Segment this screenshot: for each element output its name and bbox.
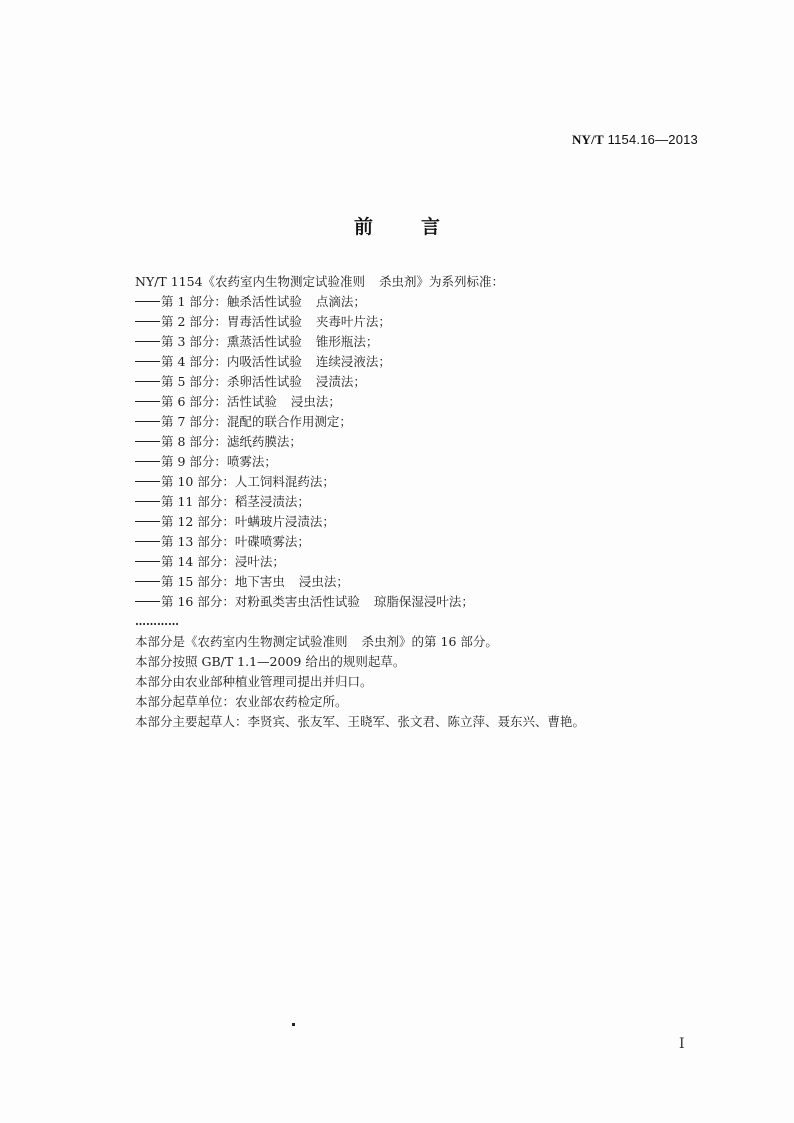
em-dash-icon [135,501,160,502]
list-item: 第 10 部分：人工饲料混药法； [135,472,695,492]
title-char-1: 前 [354,212,373,239]
part-of-statement: 本部分是《农药室内生物测定试验准则杀虫剂》的第 16 部分。 [135,632,695,652]
em-dash-icon [135,461,160,462]
standard-code-prefix: NY/T [572,132,604,147]
part-label: 第 1 部分：触杀活性试验 [161,294,302,309]
part-label: 第 12 部分：叶螨玻片浸渍法； [161,514,335,529]
list-item: 第 2 部分：胃毒活性试验夹毒叶片法； [135,312,695,332]
list-item: 第 14 部分：浸叶法； [135,552,695,572]
part-method: 连续浸液法； [316,354,391,369]
standard-code: NY/T 1154.16—2013 [572,132,698,148]
list-item: 第 3 部分：熏蒸活性试验锥形瓶法； [135,332,695,352]
list-item: 第 13 部分：叶碟喷雾法； [135,532,695,552]
list-item: 第 8 部分：滤纸药膜法； [135,432,695,452]
part-label: 第 14 部分：浸叶法； [161,554,285,569]
part-label: 第 4 部分：内吸活性试验 [161,354,302,369]
ellipsis: ………… [135,612,695,632]
list-item: 第 4 部分：内吸活性试验连续浸液法； [135,352,695,372]
em-dash-icon [135,561,160,562]
part-label: 第 16 部分：对粉虱类害虫活性试验 [161,594,360,609]
standard-code-number: 1154.16—2013 [608,132,698,147]
intro-suffix: 杀虫剂》为系列标准： [379,274,504,289]
em-dash-icon [135,601,160,602]
em-dash-icon [135,421,160,422]
part-label: 第 6 部分：活性试验 [161,394,277,409]
title-char-2: 言 [421,212,440,239]
list-item: 第 1 部分：触杀活性试验点滴法； [135,292,695,312]
em-dash-icon [135,321,160,322]
list-item: 第 6 部分：活性试验浸虫法； [135,392,695,412]
em-dash-icon [135,481,160,482]
part-label: 第 9 部分：喷雾法； [161,454,277,469]
scan-artifact-dot [292,1023,295,1026]
part-method: 浸渍法； [316,374,366,389]
list-item: 第 9 部分：喷雾法； [135,452,695,472]
part-method: 琼脂保湿浸叶法； [374,594,474,609]
part-method: 点滴法； [316,294,366,309]
part-method: 浸虫法； [299,574,349,589]
drafting-unit-statement: 本部分起草单位：农业部农药检定所。 [135,692,695,712]
part-label: 第 7 部分：混配的联合作用测定； [161,414,352,429]
parts-list: 第 1 部分：触杀活性试验点滴法； 第 2 部分：胃毒活性试验夹毒叶片法； 第 … [135,292,695,612]
document-page: NY/T 1154.16—2013 前言 NY/T 1154《农药室内生物测定试… [0,0,794,1123]
em-dash-icon [135,401,160,402]
drafting-rules-statement: 本部分按照 GB/T 1.1—2009 给出的规则起草。 [135,652,695,672]
list-item: 第 7 部分：混配的联合作用测定； [135,412,695,432]
part-of-prefix: 本部分是《农药室内生物测定试验准则 [135,634,348,649]
part-method: 锥形瓶法； [316,334,379,349]
drafters-statement: 本部分主要起草人：李贤宾、张友军、王晓军、张文君、陈立萍、聂东兴、曹艳。 [135,712,695,732]
page-number: I [679,1036,685,1052]
em-dash-icon [135,581,160,582]
list-item: 第 11 部分：稻茎浸渍法； [135,492,695,512]
part-label: 第 15 部分：地下害虫 [161,574,285,589]
part-label: 第 10 部分：人工饲料混药法； [161,474,335,489]
em-dash-icon [135,341,160,342]
part-method: 夹毒叶片法； [316,314,391,329]
list-item: 第 5 部分：杀卵活性试验浸渍法； [135,372,695,392]
em-dash-icon [135,361,160,362]
em-dash-icon [135,381,160,382]
list-item: 第 12 部分：叶螨玻片浸渍法； [135,512,695,532]
part-of-suffix: 杀虫剂》的第 16 部分。 [362,634,498,649]
part-label: 第 3 部分：熏蒸活性试验 [161,334,302,349]
part-label: 第 11 部分：稻茎浸渍法； [161,494,310,509]
page-title: 前言 [0,212,794,239]
foreword-body: NY/T 1154《农药室内生物测定试验准则杀虫剂》为系列标准： 第 1 部分：… [135,272,695,732]
part-label: 第 2 部分：胃毒活性试验 [161,314,302,329]
part-label: 第 8 部分：滤纸药膜法； [161,434,302,449]
em-dash-icon [135,441,160,442]
part-method: 浸虫法； [291,394,341,409]
list-item: 第 15 部分：地下害虫浸虫法； [135,572,695,592]
proposed-by-statement: 本部分由农业部种植业管理司提出并归口。 [135,672,695,692]
part-label: 第 13 部分：叶碟喷雾法； [161,534,310,549]
em-dash-icon [135,541,160,542]
em-dash-icon [135,301,160,302]
intro-line: NY/T 1154《农药室内生物测定试验准则杀虫剂》为系列标准： [135,272,695,292]
em-dash-icon [135,521,160,522]
intro-prefix: NY/T 1154《农药室内生物测定试验准则 [135,274,365,289]
list-item: 第 16 部分：对粉虱类害虫活性试验琼脂保湿浸叶法； [135,592,695,612]
part-label: 第 5 部分：杀卵活性试验 [161,374,302,389]
